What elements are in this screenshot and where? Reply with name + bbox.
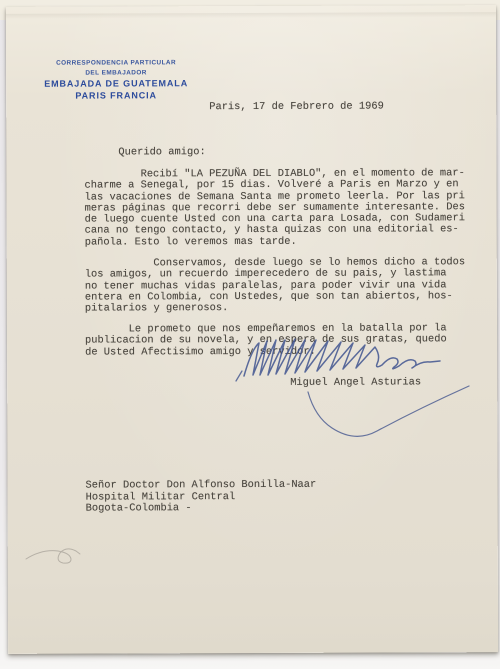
date-line: Paris, 17 de Febrero de 1969 (209, 102, 384, 114)
body-paragraph-3: Le prometo que nos empeñaremos en la bat… (85, 323, 447, 358)
letter-paper: CORRESPONDENCIA PARTICULAR DEL EMBAJADOR… (6, 5, 498, 654)
scanned-letter-scene: CORRESPONDENCIA PARTICULAR DEL EMBAJADOR… (0, 0, 500, 669)
recipient-address: Señor Doctor Don Alfonso Bonilla-Naar Ho… (86, 480, 317, 515)
letterhead-line-3: EMBAJADA DE GUATEMALA (36, 78, 196, 90)
letterhead: CORRESPONDENCIA PARTICULAR DEL EMBAJADOR… (36, 57, 196, 102)
body-paragraph-2: Conservamos, desde luego se lo hemos dic… (85, 257, 466, 315)
letterhead-line-1: CORRESPONDENCIA PARTICULAR (36, 57, 196, 69)
letterhead-line-4: PARIS FRANCIA (36, 90, 196, 102)
letterhead-line-2: DEL EMBAJADOR (36, 68, 196, 79)
salutation: Querido amigo: (118, 147, 205, 159)
body-paragraph-1: Recibí "LA PEZUÑA DEL DIABLO", en el mom… (84, 168, 465, 248)
typed-signature-name: Miguel Angel Asturias (290, 377, 421, 389)
